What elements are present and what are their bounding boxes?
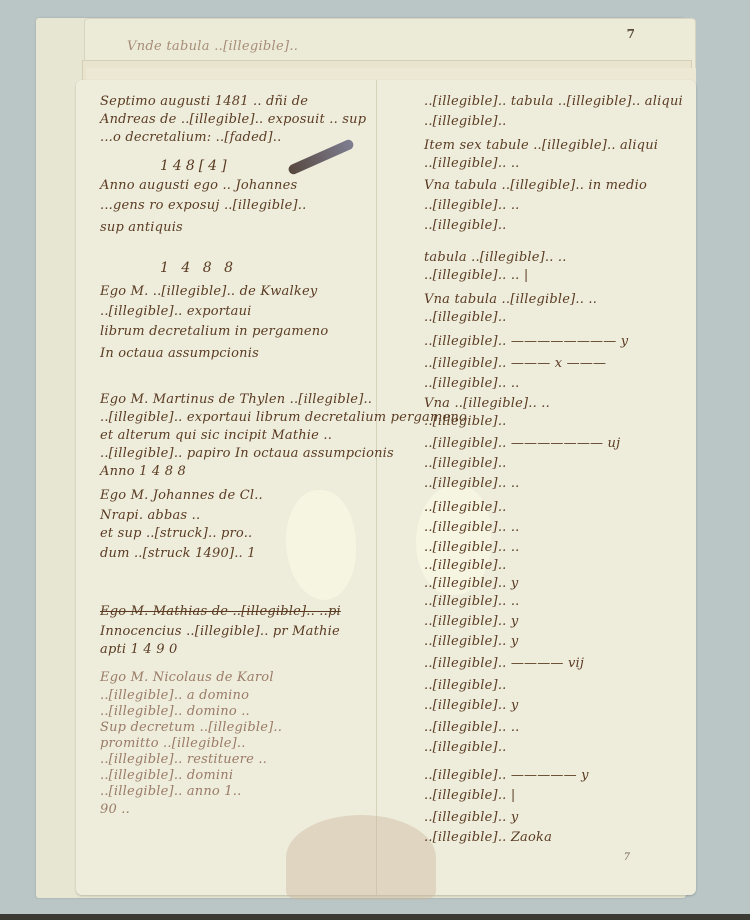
manuscript-line: ..[illegible].. domini — [100, 768, 233, 783]
manuscript-line: ..[illegible].. — [424, 310, 507, 325]
manuscript-line: ..[illegible].. .. — [424, 156, 520, 171]
manuscript-line: ..[illegible].. ——— x ——— — [424, 356, 606, 371]
manuscript-line: Vna ..[illegible].. .. — [424, 396, 550, 411]
manuscript-line: Anno augusti ego .. Johannes — [100, 178, 297, 193]
manuscript-line: Sup decretum ..[illegible].. — [100, 720, 282, 735]
manuscript-line: ..[illegible].. .. — [424, 720, 520, 735]
manuscript-line: ..[illegible].. .. | — [424, 268, 528, 283]
manuscript-line: ..[illegible].. y — [424, 698, 518, 713]
manuscript-line: ..[illegible].. — [424, 740, 507, 755]
page-number: 7 — [624, 852, 630, 863]
manuscript-line: ...gens ro exposuj ..[illegible].. — [100, 198, 306, 213]
manuscript-line: Ego M. Martinus de Thylen ..[illegible].… — [100, 392, 372, 407]
manuscript-line: ..[illegible].. | — [424, 788, 515, 803]
manuscript-line: ..[illegible].. ———— vij — [424, 656, 584, 671]
manuscript-line: ..[illegible].. restituere .. — [100, 752, 267, 767]
manuscript-line: Anno 1 4 8 8 — [100, 464, 186, 479]
manuscript-line: Item sex tabule ..[illegible].. aliqui — [424, 138, 658, 153]
manuscript-line: ..[illegible].. .. — [424, 376, 520, 391]
back-sheet-line: Vnde tabula ..[illegible].. — [127, 39, 298, 54]
page-fold — [376, 80, 377, 895]
manuscript-line: ..[illegible].. — [424, 218, 507, 233]
corner-mark: 7 — [627, 27, 635, 41]
manuscript-line: Ego M. Johannes de Cl.. — [100, 488, 263, 503]
manuscript-line: 148[4] — [160, 158, 231, 174]
manuscript-line: ..[illegible].. .. — [424, 476, 520, 491]
manuscript-line: Septimo augusti 1481 .. dñi de — [100, 94, 308, 109]
ink-smudge — [287, 138, 355, 176]
manuscript-line: ..[illegible].. — [424, 678, 507, 693]
manuscript-line: ..[illegible].. .. — [424, 198, 520, 213]
manuscript-line: Ego M. ..[illegible].. de Kwalkey — [100, 284, 317, 299]
manuscript-line: Nrapi. abbas .. — [100, 508, 200, 523]
water-stain-bottom — [286, 815, 436, 900]
manuscript-line: dum ..[struck 1490].. 1 — [100, 546, 256, 561]
manuscript-page: Septimo augusti 1481 .. dñi deAndreas de… — [76, 80, 696, 895]
manuscript-line: ..[illegible].. .. — [424, 520, 520, 535]
manuscript-line: Innocencius ..[illegible].. pr Mathie — [100, 624, 340, 639]
manuscript-line: ..[illegible].. exportaui — [100, 304, 252, 319]
manuscript-line: ..[illegible].. a domino — [100, 688, 249, 703]
manuscript-line: ..[illegible].. Zaoka — [424, 830, 552, 845]
manuscript-line: ..[illegible].. — [424, 114, 507, 129]
manuscript-line: ...o decretalium: ..[faded].. — [100, 130, 281, 145]
manuscript-line: ..[illegible].. .. — [424, 540, 520, 555]
manuscript-line: ..[illegible].. — [424, 558, 507, 573]
manuscript-line: et sup ..[struck].. pro.. — [100, 526, 252, 541]
manuscript-line: ..[illegible].. y — [424, 810, 518, 825]
manuscript-line: 1 4 8 8 — [160, 260, 237, 276]
manuscript-line: ..[illegible].. — [424, 500, 507, 515]
manuscript-line: Ego M. Nicolaus de Karol — [100, 670, 274, 685]
manuscript-line: apti 1 4 9 0 — [100, 642, 177, 657]
manuscript-line: Ego M. Mathias de ..[illegible].. ..pi — [100, 604, 341, 619]
manuscript-line: et alterum qui sic incipit Mathie .. — [100, 428, 332, 443]
manuscript-line: ..[illegible].. — [424, 456, 507, 471]
manuscript-line: ..[illegible].. ————— y — [424, 768, 589, 783]
manuscript-line: librum decretalium in pergameno — [100, 324, 328, 339]
manuscript-line: ..[illegible].. — [424, 414, 507, 429]
manuscript-line: ..[illegible].. y — [424, 576, 518, 591]
manuscript-line: sup antiquis — [100, 220, 183, 235]
manuscript-line: ..[illegible].. .. — [424, 594, 520, 609]
water-stain-left — [286, 490, 356, 600]
manuscript-line: ..[illegible].. exportaui librum decreta… — [100, 410, 467, 425]
manuscript-line: tabula ..[illegible].. .. — [424, 250, 567, 265]
manuscript-line: 90 .. — [100, 802, 130, 817]
manuscript-line: ..[illegible].. domino .. — [100, 704, 250, 719]
manuscript-line: promitto ..[illegible].. — [100, 736, 246, 751]
manuscript-line: ..[illegible].. y — [424, 634, 518, 649]
manuscript-line: Andreas de ..[illegible].. exposuit .. s… — [100, 112, 366, 127]
manuscript-line: Vna tabula ..[illegible].. in medio — [424, 178, 647, 193]
manuscript-line: ..[illegible].. y — [424, 614, 518, 629]
bottom-edge — [0, 914, 750, 920]
manuscript-line: ..[illegible].. tabula ..[illegible].. a… — [424, 94, 683, 109]
manuscript-line: ..[illegible].. ——————— uj — [424, 436, 620, 451]
manuscript-line: ..[illegible].. ———————— y — [424, 334, 628, 349]
manuscript-line: ..[illegible].. anno 1.. — [100, 784, 241, 799]
manuscript-line: In octaua assumpcionis — [100, 346, 259, 361]
manuscript-line: ..[illegible].. papiro In octaua assumpc… — [100, 446, 394, 461]
manuscript-line: Vna tabula ..[illegible].. .. — [424, 292, 597, 307]
